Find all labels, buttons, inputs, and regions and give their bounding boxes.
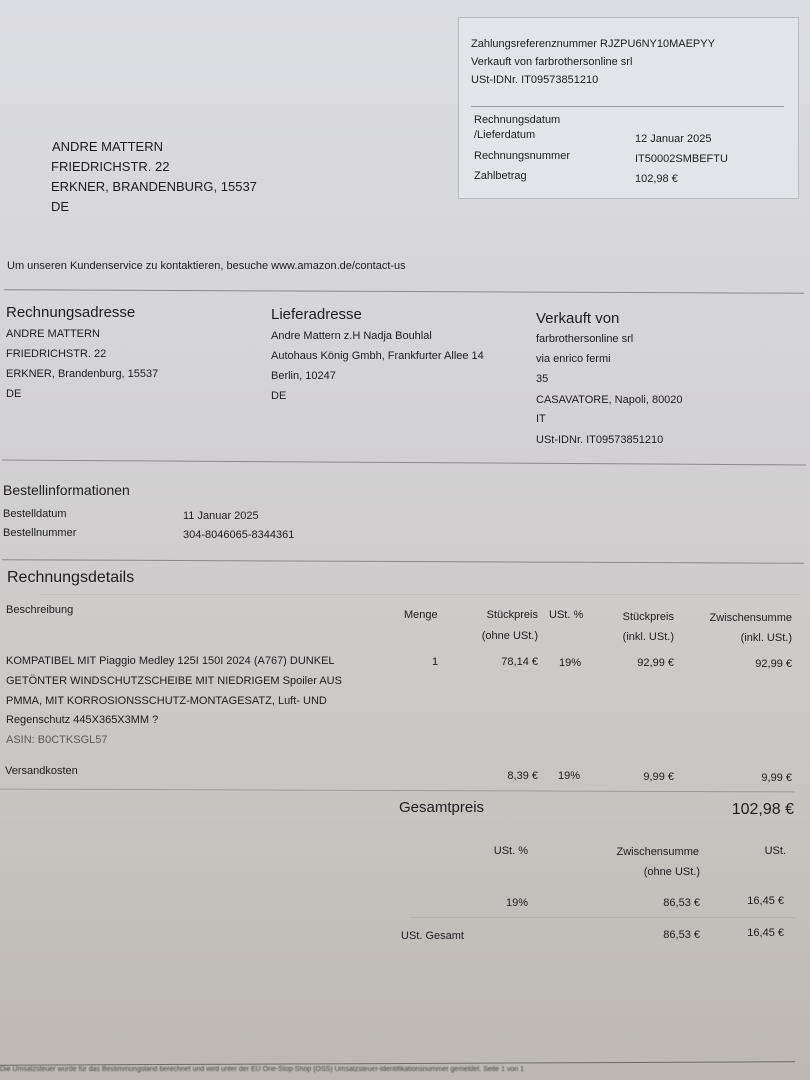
header-quantity: Menge xyxy=(404,609,438,621)
seller-line: 35 xyxy=(536,373,548,385)
divider xyxy=(471,106,784,107)
billing-address-line: ERKNER, Brandenburg, 15537 xyxy=(6,368,158,380)
vat-summary-header-rate: USt. % xyxy=(470,845,528,857)
amount-due-value: 102,98 € xyxy=(635,173,678,185)
item-description-line: KOMPATIBEL MIT Piaggio Medley 125I 150I … xyxy=(6,655,335,667)
item-unit-price-gross: 92,99 € xyxy=(590,657,674,669)
seller-line: IT xyxy=(536,413,546,425)
header-vat-rate: USt. % xyxy=(549,609,583,621)
payment-reference-label: Zahlungsreferenznummer xyxy=(471,38,597,50)
item-asin: ASIN: B0CTKSGL57 xyxy=(6,734,108,746)
shipping-unit-price-gross: 9,99 € xyxy=(590,771,674,783)
total-value: 102,98 € xyxy=(680,801,794,819)
billing-address-title: Rechnungsadresse xyxy=(6,304,135,321)
order-date-value: 11 Januar 2025 xyxy=(183,510,259,522)
sold-by-line: Verkauft von farbrothersonline srl xyxy=(471,56,632,68)
seller-title: Verkauft von xyxy=(536,310,619,327)
delivery-date-label: /Lieferdatum xyxy=(474,129,535,141)
vat-summary-subtotal: 86,53 € xyxy=(590,897,700,909)
billing-address-line: ANDRE MATTERN xyxy=(6,328,100,340)
order-number-label: Bestellnummer xyxy=(3,527,76,539)
item-quantity: 1 xyxy=(432,656,438,668)
invoice-number-label: Rechnungsnummer xyxy=(474,150,570,162)
divider xyxy=(2,460,806,466)
delivery-address-line: Berlin, 10247 xyxy=(271,370,336,382)
amount-due-label: Zahlbetrag xyxy=(474,170,527,182)
vat-total-label: USt. Gesamt xyxy=(401,930,464,942)
vat-id-line: USt-IDNr. IT09573851210 xyxy=(471,74,598,86)
header-unit-price-gross-note: (inkl. USt.) xyxy=(590,631,674,643)
header-unit-price-gross: Stückpreis xyxy=(590,611,674,623)
vat-summary-rate: 19% xyxy=(470,897,528,909)
vat-summary-vat: 16,45 € xyxy=(730,895,784,907)
item-description-line: GETÖNTER WINDSCHUTZSCHEIBE MIT NIEDRIGEM… xyxy=(6,675,342,687)
invoice-details-title: Rechnungsdetails xyxy=(7,569,134,587)
total-label: Gesamtpreis xyxy=(399,799,484,816)
divider xyxy=(40,594,800,595)
vat-summary-header-subtotal-note: (ohne USt.) xyxy=(590,866,700,878)
contact-note: Um unseren Kundenservice zu kontaktieren… xyxy=(7,260,406,272)
divider xyxy=(0,789,795,793)
header-unit-price-net-note: (ohne USt.) xyxy=(460,630,538,642)
payment-reference-value: RJZPU6NY10MAEPYY xyxy=(600,38,715,50)
recipient-line: ANDRE MATTERN xyxy=(52,139,163,154)
recipient-line: FRIEDRICHSTR. 22 xyxy=(51,159,169,174)
invoice-date-label: Rechnungsdatum xyxy=(474,114,560,126)
billing-address-line: FRIEDRICHSTR. 22 xyxy=(6,348,106,360)
seller-line: via enrico fermi xyxy=(536,353,611,365)
header-unit-price-net: Stückpreis xyxy=(460,609,538,621)
divider xyxy=(2,559,804,563)
header-description: Beschreibung xyxy=(6,604,73,616)
invoice-date-value: 12 Januar 2025 xyxy=(635,133,711,145)
shipping-vat-rate: 19% xyxy=(558,770,580,782)
item-subtotal: 92,99 € xyxy=(690,658,792,670)
delivery-address-line: Autohaus König Gmbh, Frankfurter Allee 1… xyxy=(271,350,484,362)
divider xyxy=(4,289,804,293)
invoice-number-value: IT50002SMBEFTU xyxy=(635,153,728,165)
seller-line: USt-IDNr. IT09573851210 xyxy=(536,434,663,446)
vat-summary-header-vat: USt. xyxy=(740,845,786,857)
order-number-value: 304-8046065-8344361 xyxy=(183,529,294,541)
vat-total-vat: 16,45 € xyxy=(730,927,784,939)
order-date-label: Bestelldatum xyxy=(3,508,67,520)
payment-reference-box: Zahlungsreferenznummer RJZPU6NY10MAEPYY … xyxy=(458,17,799,199)
item-description-line: Regenschutz 445X365X3MM ? xyxy=(6,714,158,726)
delivery-address-title: Lieferadresse xyxy=(271,306,362,323)
order-info-title: Bestellinformationen xyxy=(3,482,130,498)
delivery-address-line: Andre Mattern z.H Nadja Bouhlal xyxy=(271,330,432,342)
shipping-label: Versandkosten xyxy=(5,765,78,777)
payment-reference: Zahlungsreferenznummer RJZPU6NY10MAEPYY xyxy=(471,38,715,50)
shipping-subtotal: 9,99 € xyxy=(690,772,792,784)
seller-line: farbrothersonline srl xyxy=(536,333,633,345)
item-unit-price-net: 78,14 € xyxy=(460,656,538,668)
item-vat-rate: 19% xyxy=(559,657,581,669)
header-subtotal-note: (inkl. USt.) xyxy=(690,632,792,644)
shipping-unit-price-net: 8,39 € xyxy=(460,770,538,782)
item-description-line: PMMA, MIT KORROSIONSSCHUTZ-MONTAGESATZ, … xyxy=(6,695,327,707)
vat-summary-header-subtotal: Zwischensumme xyxy=(590,846,699,858)
seller-line: CASAVATORE, Napoli, 80020 xyxy=(536,394,683,406)
footer-note: Die Umsatzsteuer wurde für das Bestimmun… xyxy=(0,1066,810,1073)
recipient-line: ERKNER, BRANDENBURG, 15537 xyxy=(51,179,257,194)
divider xyxy=(410,917,795,918)
header-subtotal: Zwischensumme xyxy=(690,612,792,624)
billing-address-line: DE xyxy=(6,388,21,400)
vat-total-subtotal: 86,53 € xyxy=(590,929,700,941)
recipient-line: DE xyxy=(51,199,69,214)
delivery-address-line: DE xyxy=(271,390,286,402)
